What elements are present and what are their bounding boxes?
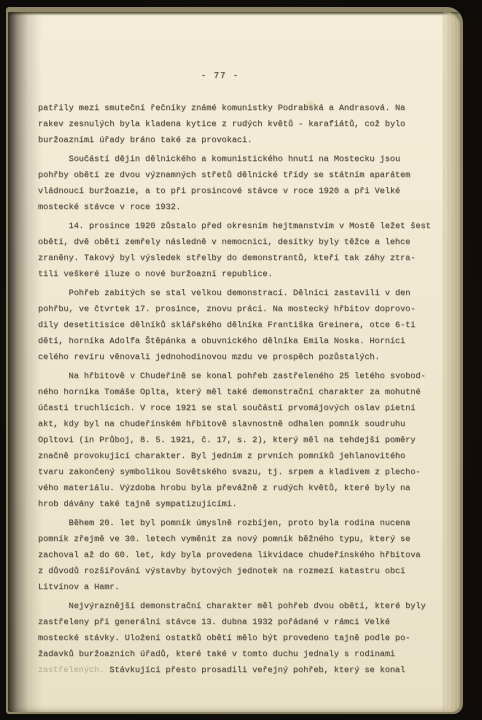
page-top-edge: [8, 12, 460, 15]
document-page: - 77 - patřily mezi smuteční řečníky zná…: [8, 12, 460, 712]
paragraph-4: Pohřeb zabitých se stal velkou demonstra…: [38, 285, 434, 365]
paragraph-3: 14. prosince 1920 zůstalo před okresním …: [38, 218, 434, 282]
paragraph-7-text-end: Stávkující přesto prosadili veřejný pohř…: [104, 665, 405, 675]
faded-word: zastřelených.: [38, 665, 104, 675]
paragraph-7: Nejvýraznější demonstrační charakter měl…: [38, 598, 434, 678]
paragraph-1: patřily mezi smuteční řečníky známé komu…: [38, 100, 434, 148]
page-stack-edge: [442, 12, 460, 712]
page-content: - 77 - patřily mezi smuteční řečníky zná…: [38, 70, 434, 681]
paragraph-5: Na hřbitově v Chudeříně se konal pohřeb …: [38, 368, 434, 512]
binding-shadow: [8, 12, 42, 712]
paragraph-6: Během 20. let byl pomník úmyslně rozbíje…: [38, 515, 434, 595]
page-number: - 77 -: [22, 70, 418, 83]
paragraph-7-text: Nejvýraznější demonstrační charakter měl…: [38, 601, 426, 659]
scan-surround: - 77 - patřily mezi smuteční řečníky zná…: [0, 0, 482, 720]
paragraph-2: Součástí dějin dělnického a komunistické…: [38, 151, 434, 215]
